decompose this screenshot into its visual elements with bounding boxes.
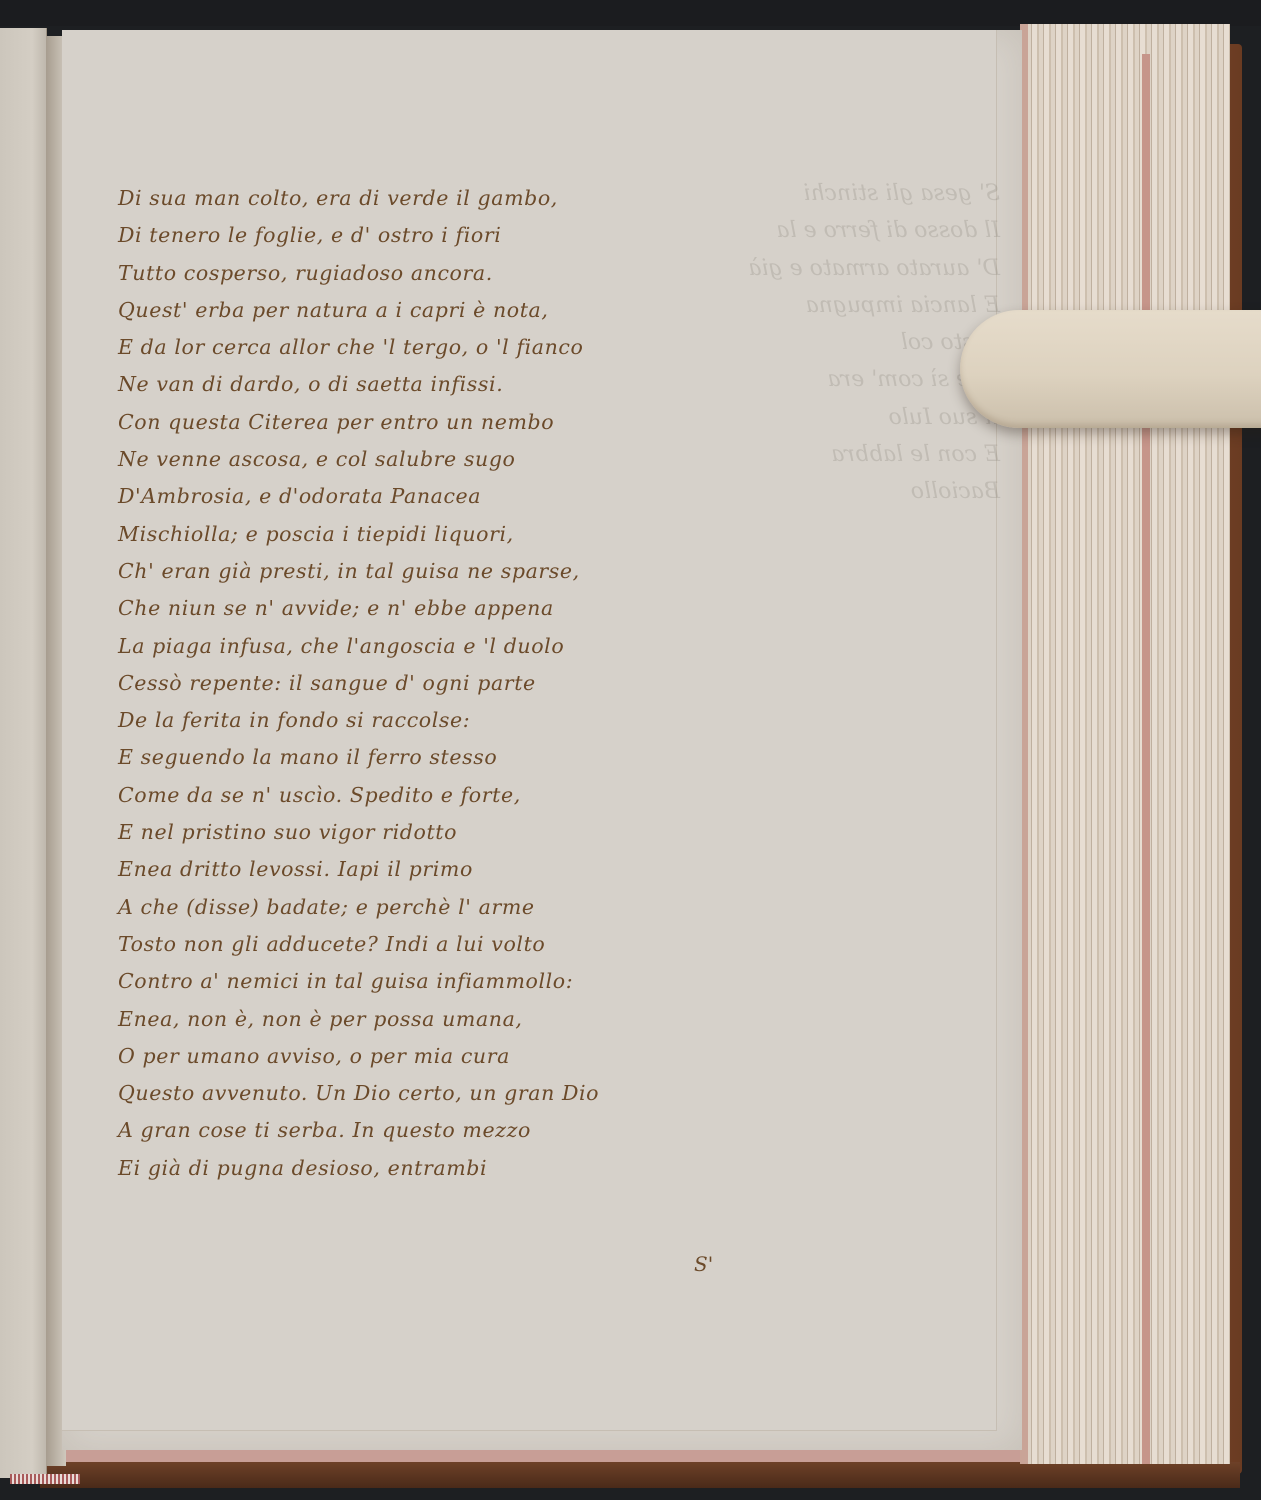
pink-band <box>1142 54 1150 1464</box>
verse-line: E nel pristino suo vigor ridotto <box>118 814 678 851</box>
verse-line: Tutto cosperso, rugiadoso ancora. <box>118 255 678 292</box>
facing-page-left <box>0 28 47 1478</box>
ghost-line: Il suo Iulo <box>700 399 1000 436</box>
headband <box>10 1474 80 1484</box>
verse-block: Di sua man colto, era di verde il gambo,… <box>118 180 678 1187</box>
ghost-line: Il dosso di ferro e la <box>700 212 1000 249</box>
verse-line: E seguendo la mano il ferro stesso <box>118 739 678 776</box>
verse-line: Con questa Citerea per entro un nembo <box>118 404 678 441</box>
pink-page-edge <box>30 1448 1060 1462</box>
verse-line: Che niun se n' avvide; e n' ebbe appena <box>118 590 678 627</box>
background-top <box>0 0 1261 26</box>
verse-line: A che (disse) badate; e perchè l' arme <box>118 889 678 926</box>
ghost-line: E lancia impugna <box>700 287 1000 324</box>
verse-line: Ne venne ascosa, e col salubre sugo <box>118 441 678 478</box>
verse-line: Quest' erba per natura a i capri è nota, <box>118 292 678 329</box>
verse-line: Contro a' nemici in tal guisa infiammoll… <box>118 963 678 1000</box>
verse-line: Di tenero le foglie, e d' ostro i fiori <box>118 217 678 254</box>
verse-line: La piaga infusa, che l'angoscia e 'l duo… <box>118 628 678 665</box>
bone-folder-page-weight <box>960 310 1261 428</box>
verse-line: De la ferita in fondo si raccolse: <box>118 702 678 739</box>
ghost-line: D' aurato armato e già <box>700 250 1000 287</box>
verse-line: Tosto non gli adducete? Indi a lui volto <box>118 926 678 963</box>
verse-line: Enea dritto levossi. Iapi il primo <box>118 851 678 888</box>
verse-line: Come da se n' uscìo. Spedito e forte, <box>118 777 678 814</box>
ghost-line: Baciollo <box>700 473 1000 510</box>
ghost-line: Che sì com' era <box>700 361 1000 398</box>
verse-line: O per umano avviso, o per mia cura <box>118 1038 678 1075</box>
ghost-line: S' gesa gli stinchi <box>700 175 1000 212</box>
verse-line: A gran cose ti serba. In questo mezzo <box>118 1112 678 1149</box>
verse-line: E da lor cerca allor che 'l tergo, o 'l … <box>118 329 678 366</box>
verse-line: Cessò repente: il sangue d' ogni parte <box>118 665 678 702</box>
page-stack-fore-edge <box>1020 24 1230 1464</box>
catchword: S' <box>694 1252 713 1276</box>
verse-line: Ei già di pugna desioso, entrambi <box>118 1150 678 1187</box>
verse-line: Enea, non è, non è per possa umana, <box>118 1001 678 1038</box>
verse-line: Ne van di dardo, o di saetta infissi. <box>118 366 678 403</box>
verse-line: Di sua man colto, era di verde il gambo, <box>118 180 678 217</box>
ghost-line: E con le labbra <box>700 436 1000 473</box>
verse-line: Questo avvenuto. Un Dio certo, un gran D… <box>118 1075 678 1112</box>
verse-line: Mischiolla; e poscia i tiepidi liquori, <box>118 516 678 553</box>
verse-line: Ch' eran già presti, in tal guisa ne spa… <box>118 553 678 590</box>
book-cover-bottom <box>40 1462 1240 1488</box>
ghost-line: Tosto col <box>700 324 1000 361</box>
verse-line: D'Ambrosia, e d'odorata Panacea <box>118 478 678 515</box>
show-through-text: S' gesa gli stinchi Il dosso di ferro e … <box>700 175 1000 511</box>
